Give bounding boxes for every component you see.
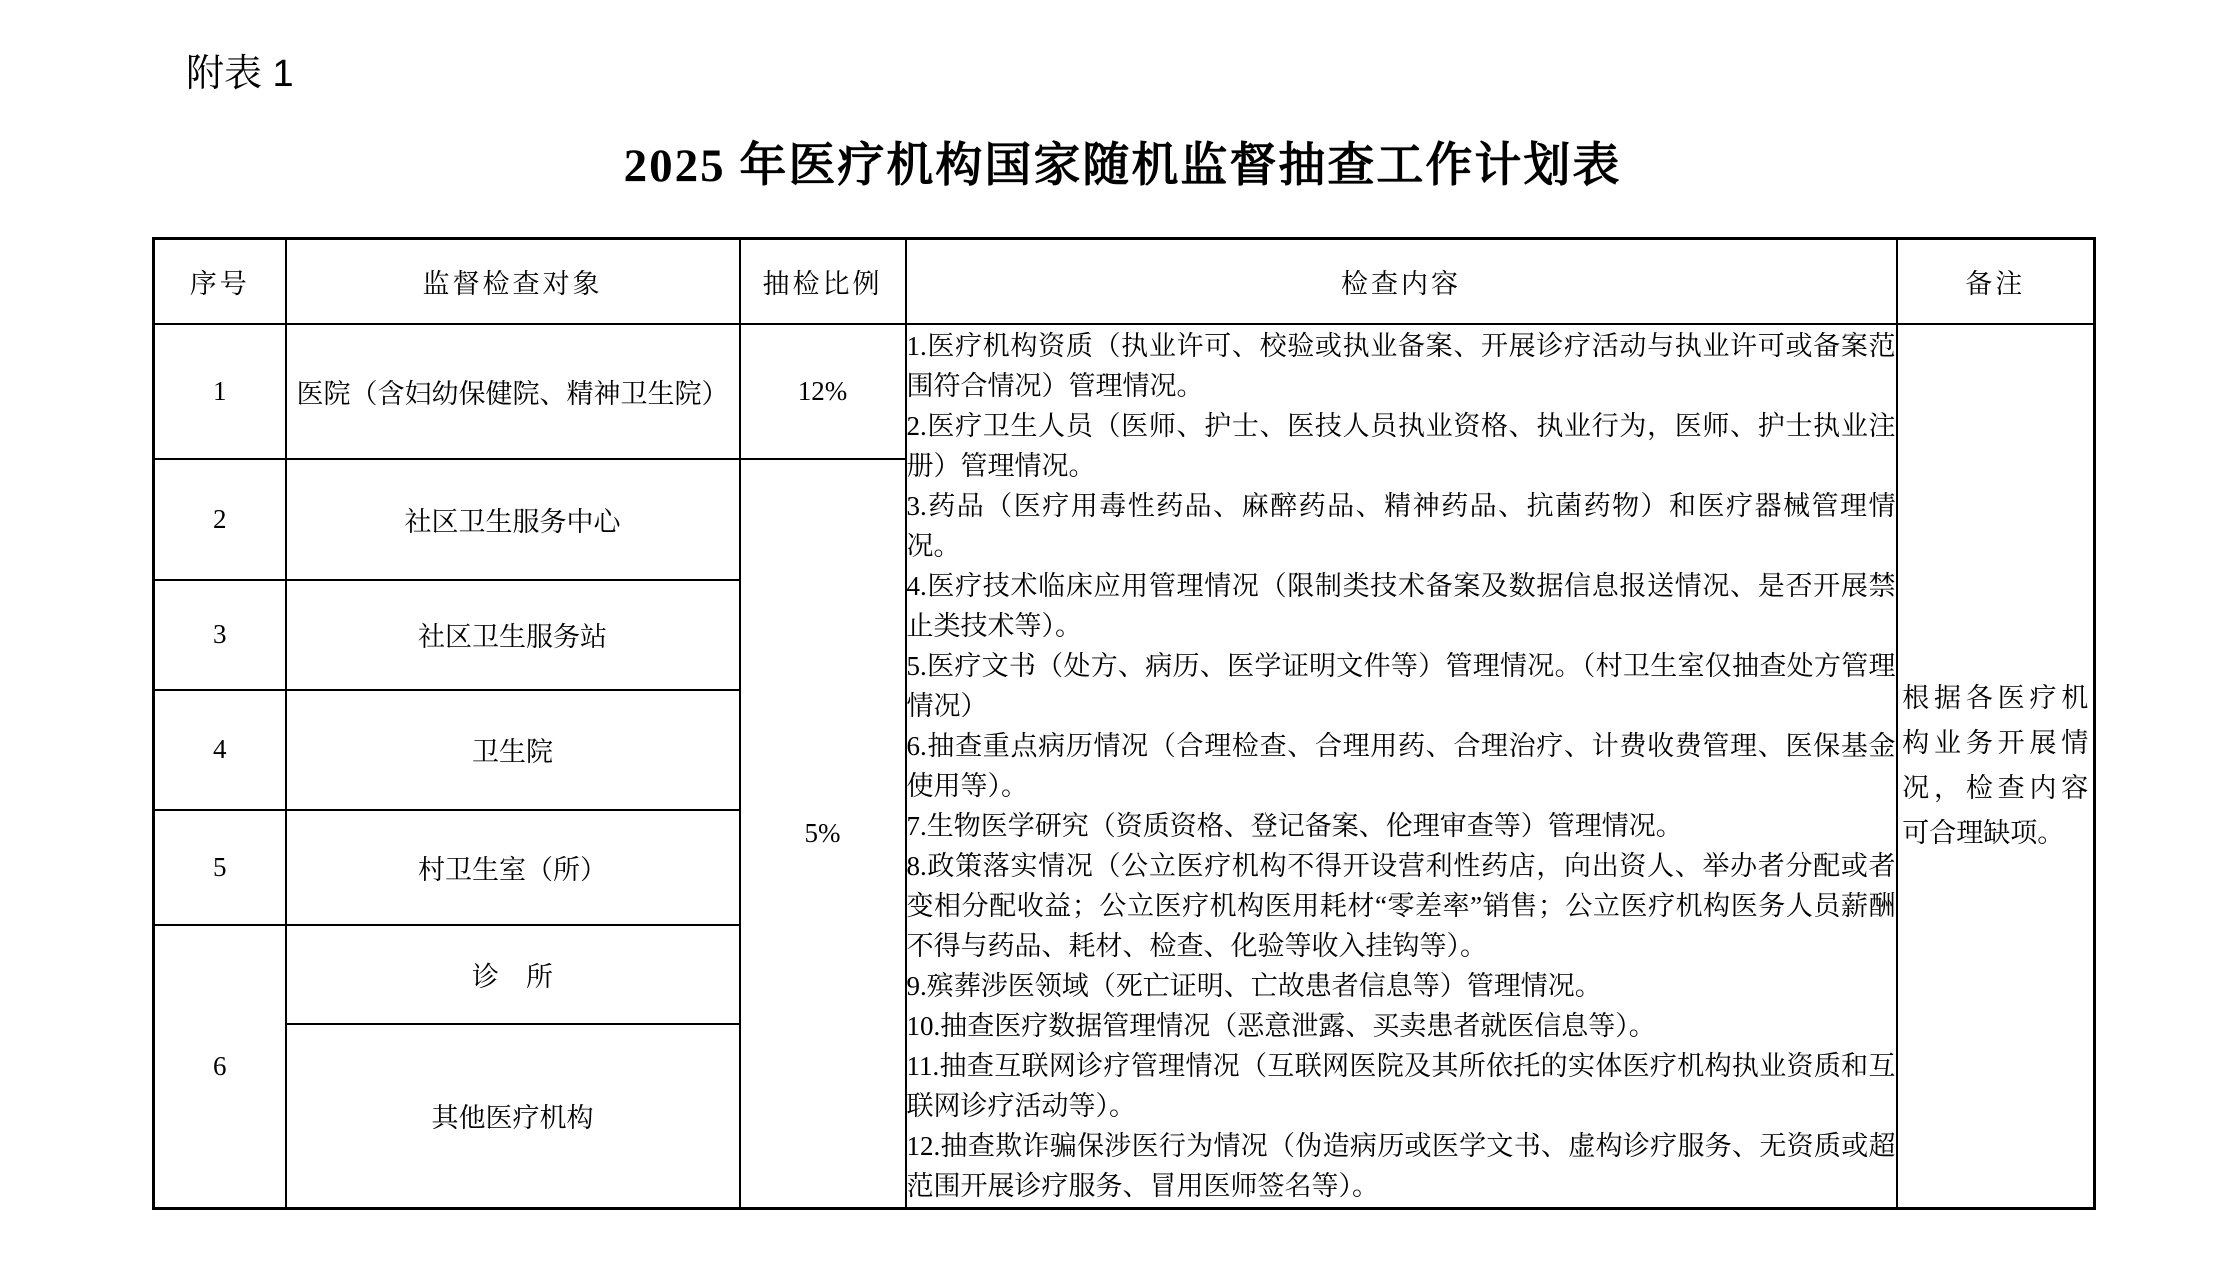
inspection-item: 4.医疗技术临床应用管理情况（限制类技术备案及数据信息报送情况、是否开展禁止类技…: [907, 566, 1896, 646]
inspection-item: 9.殡葬涉医领域（死亡证明、亡故患者信息等）管理情况。: [907, 966, 1896, 1006]
inspection-item: 2.医疗卫生人员（医师、护士、医技人员执业资格、执业行为，医师、护士执业注册）管…: [907, 406, 1896, 486]
annex-label: 附表 1: [186, 52, 294, 98]
inspection-item: 7.生物医学研究（资质资格、登记备案、伦理审查等）管理情况。: [907, 806, 1896, 846]
inspection-item: 12.抽查欺诈骗保涉医行为情况（伪造病历或医学文书、虚构诊疗服务、无资质或超范围…: [907, 1126, 1896, 1206]
target-cell: 卫生院: [286, 690, 740, 810]
ratio-cell-hospital: 12%: [740, 324, 906, 459]
inspection-content-cell: 1.医疗机构资质（执业许可、校验或执业备案、开展诊疗活动与执业许可或备案范围符合…: [906, 324, 1897, 1209]
column-header-no: 序号: [154, 239, 286, 324]
column-header-ratio: 抽检比例: [740, 239, 906, 324]
target-cell: 其他医疗机构: [286, 1024, 740, 1209]
inspection-item: 6.抽查重点病历情况（合理检查、合理用药、合理治疗、计费收费管理、医保基金使用等…: [907, 726, 1896, 806]
row-number-cell: 2: [154, 459, 286, 580]
row-number-cell: 1: [154, 324, 286, 459]
inspection-item: 1.医疗机构资质（执业许可、校验或执业备案、开展诊疗活动与执业许可或备案范围符合…: [907, 326, 1896, 406]
row-number-cell: 3: [154, 580, 286, 690]
remark-text: 根据各医疗机构业务开展情况，检查内容可合理缺项。: [1902, 676, 2088, 856]
row-number-cell: 4: [154, 690, 286, 810]
remark-cell: 根据各医疗机构业务开展情况，检查内容可合理缺项。: [1897, 324, 2095, 1209]
column-header-content: 检查内容: [906, 239, 1897, 324]
target-cell: 诊 所: [286, 925, 740, 1024]
inspection-item: 8.政策落实情况（公立医疗机构不得开设营利性药店，向出资人、举办者分配或者变相分…: [907, 846, 1896, 966]
table-row: 1 医院（含妇幼保健院、精神卫生院） 12% 1.医疗机构资质（执业许可、校验或…: [154, 324, 2095, 459]
target-cell: 社区卫生服务站: [286, 580, 740, 690]
row-number-cell: 5: [154, 810, 286, 925]
inspection-item: 11.抽查互联网诊疗管理情况（互联网医院及其所依托的实体医疗机构执业资质和互联网…: [907, 1046, 1896, 1126]
document-title: 2025 年医疗机构国家随机监督抽查工作计划表: [152, 128, 2093, 195]
table-header-row: 序号 监督检查对象 抽检比例 检查内容 备注: [154, 239, 2095, 324]
inspection-item: 5.医疗文书（处方、病历、医学证明文件等）管理情况。（村卫生室仅抽查处方管理情况…: [907, 646, 1896, 726]
target-cell: 社区卫生服务中心: [286, 459, 740, 580]
inspection-item: 3.药品（医疗用毒性药品、麻醉药品、精神药品、抗菌药物）和医疗器械管理情况。: [907, 486, 1896, 566]
column-header-remark: 备注: [1897, 239, 2095, 324]
column-header-target: 监督检查对象: [286, 239, 740, 324]
document-page: 附表 1 2025 年医疗机构国家随机监督抽查工作计划表 序号 监督检查对象 抽…: [0, 0, 2235, 1271]
plan-table: 序号 监督检查对象 抽检比例 检查内容 备注 1 医院（含妇幼保健院、精神卫生院…: [152, 237, 2096, 1210]
target-cell: 村卫生室（所）: [286, 810, 740, 925]
ratio-cell-others: 5%: [740, 459, 906, 1209]
inspection-item: 10.抽查医疗数据管理情况（恶意泄露、买卖患者就医信息等）。: [907, 1006, 1896, 1046]
row-number-cell: 6: [154, 925, 286, 1209]
target-cell: 医院（含妇幼保健院、精神卫生院）: [286, 324, 740, 459]
